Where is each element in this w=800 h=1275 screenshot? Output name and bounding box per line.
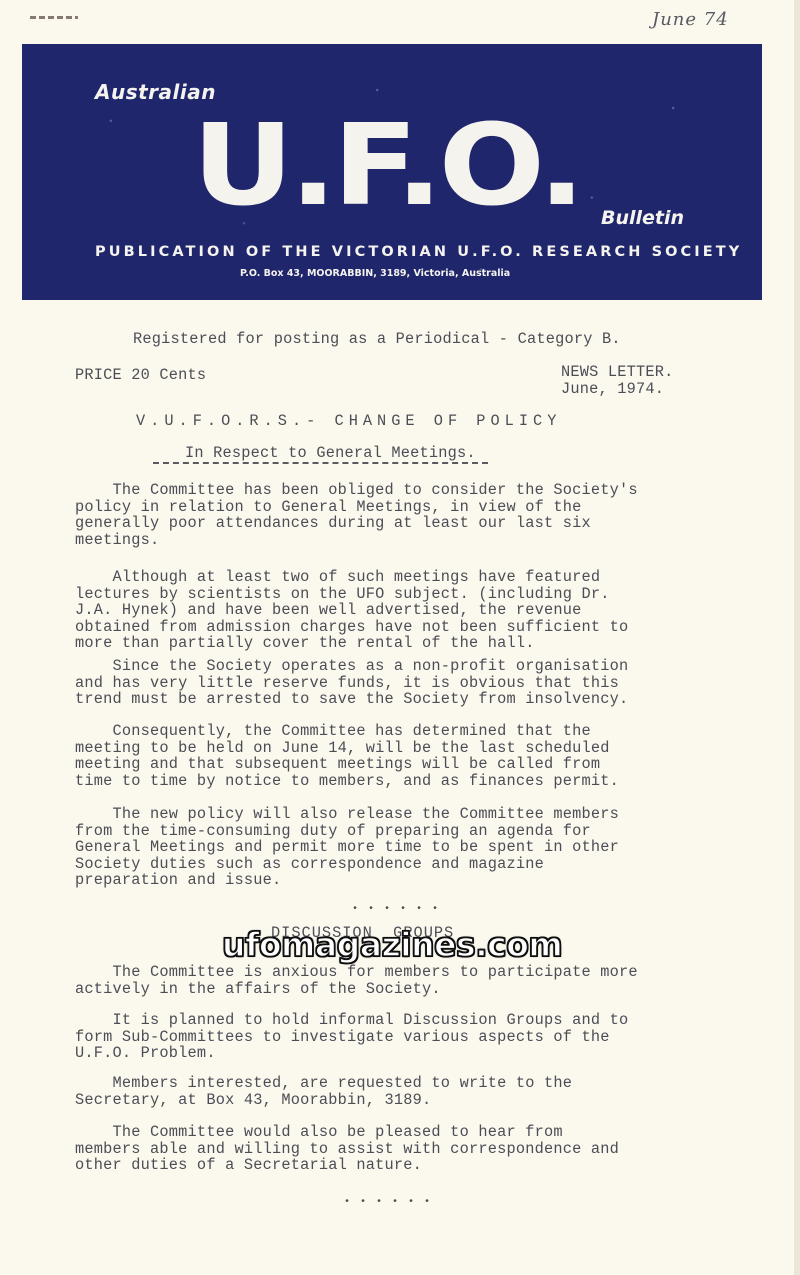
issue-date: June, 1974. (561, 381, 664, 398)
newsletter-label: NEWS LETTER. (561, 364, 674, 381)
masthead-publication: PUBLICATION OF THE VICTORIAN U.F.O. RESE… (95, 244, 742, 260)
page-edge (794, 0, 800, 1275)
discussion-paragraph: It is planned to hold informal Discussio… (75, 1012, 628, 1062)
article-paragraph: Since the Society operates as a non-prof… (75, 658, 628, 708)
end-divider: • • • • • • (344, 1195, 432, 1212)
article-paragraph: The new policy will also release the Com… (75, 806, 619, 889)
staple-mark (30, 16, 78, 19)
price-label: PRICE 20 Cents (75, 367, 206, 384)
discussion-paragraph: The Committee is anxious for members to … (75, 964, 638, 997)
masthead-subtitle: Bulletin (601, 207, 684, 229)
discussion-paragraph: The Committee would also be pleased to h… (75, 1124, 619, 1174)
watermark-logo: ufomagazines.com (222, 925, 562, 964)
masthead-title: U.F.O. (192, 110, 581, 222)
article-paragraph: Although at least two of such meetings h… (75, 569, 628, 652)
discussion-paragraph: Members interested, are requested to wri… (75, 1075, 572, 1108)
masthead-address: P.O. Box 43, MOORABBIN, 3189, Victoria, … (240, 268, 510, 279)
article-paragraph: The Committee has been obliged to consid… (75, 482, 638, 548)
article-heading: V.U.F.O.R.S.- CHANGE OF POLICY (136, 413, 561, 430)
section-divider: • • • • • • (352, 902, 440, 919)
registration-note: Registered for posting as a Periodical -… (133, 331, 621, 348)
handwritten-date-note: June 74 (652, 9, 729, 30)
subheading-underline (153, 462, 488, 464)
article-subheading: In Respect to General Meetings. (185, 445, 476, 462)
article-paragraph: Consequently, the Committee has determin… (75, 723, 619, 789)
masthead-banner: Australian U.F.O. Bulletin PUBLICATION O… (22, 44, 762, 300)
